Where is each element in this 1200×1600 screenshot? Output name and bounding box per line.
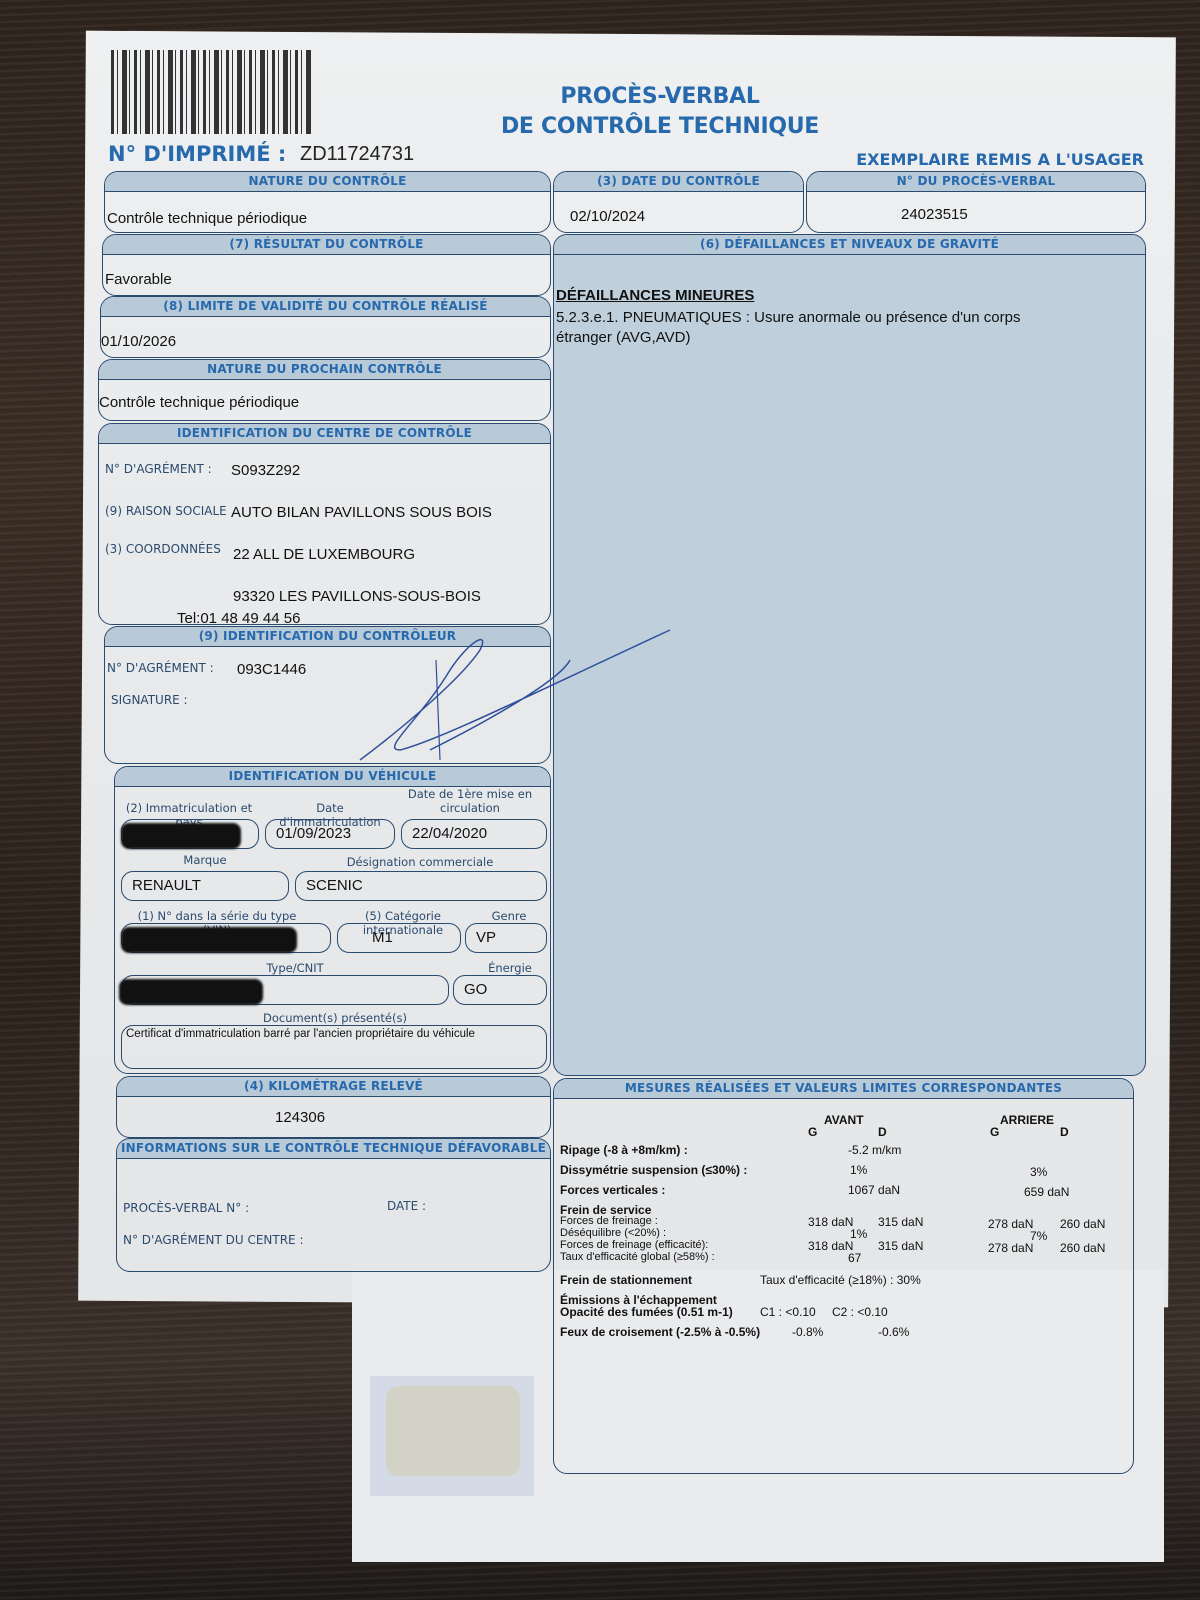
validity-value: 01/10/2026 — [101, 333, 176, 350]
date-immat-field: 01/09/2023 — [265, 819, 395, 849]
arriere-header: ARRIERE — [1000, 1113, 1054, 1127]
desequilibre-label: Déséquilibre (<20%) : — [560, 1227, 666, 1239]
dissymetrie-label: Dissymétrie suspension (≤30%) : — [560, 1163, 747, 1177]
defavorable-pv-label: PROCÈS-VERBAL N° : — [123, 1201, 249, 1215]
imprime-label: N° D'IMPRIMÉ : — [108, 142, 286, 166]
ripage-label: Ripage (-8 à +8m/km) : — [560, 1143, 688, 1157]
first-circulation-label: Date de 1ère mise en circulation — [405, 787, 535, 815]
designation-label: Désignation commerciale — [315, 855, 525, 869]
frein-stationnement-value: Taux d'efficacité (≥18%) : 30% — [760, 1273, 921, 1287]
validity-title: (8) LIMITE DE VALIDITÉ DU CONTRÔLE RÉALI… — [101, 297, 550, 317]
redaction-vin — [121, 927, 297, 953]
forces-freinage-ard: 260 daN — [1060, 1217, 1105, 1231]
mesures-title: MESURES RÉALISÉES ET VALEURS LIMITES COR… — [554, 1079, 1133, 1099]
centre-agrement-label: N° D'AGRÉMENT : — [105, 462, 212, 476]
forces-freinage-arg: 278 daN — [988, 1217, 1033, 1231]
defavorable-title: INFORMATIONS SUR LE CONTRÔLE TECHNIQUE D… — [117, 1139, 550, 1159]
defaillance-line-2: étranger (AVG,AVD) — [556, 329, 691, 346]
date-value: 02/10/2024 — [570, 208, 645, 225]
dissymetrie-arriere: 3% — [1030, 1165, 1047, 1179]
categorie-field: M1 — [337, 923, 461, 953]
barcode-icon — [111, 50, 311, 134]
cnit-label: Type/CNIT — [235, 961, 355, 975]
feux-croisement-g: -0.8% — [792, 1325, 823, 1339]
ripage-value: -5.2 m/km — [848, 1143, 901, 1157]
forces-freinage-avg: 318 daN — [808, 1215, 853, 1229]
next-control-value: Contrôle technique périodique — [99, 394, 299, 411]
mesures-box: MESURES RÉALISÉES ET VALEURS LIMITES COR… — [553, 1078, 1134, 1474]
arriere-d: D — [1060, 1125, 1069, 1139]
coordonnees-label: (3) COORDONNÉES — [105, 542, 221, 556]
document-title: PROCÈS-VERBAL DE CONTRÔLE TECHNIQUE — [480, 82, 840, 142]
km-value: 124306 — [275, 1109, 325, 1126]
forces-verticales-arriere: 659 daN — [1024, 1185, 1069, 1199]
defaillances-heading: DÉFAILLANCES MINEURES — [556, 287, 754, 304]
dissymetrie-avant: 1% — [850, 1163, 867, 1177]
avant-header: AVANT — [824, 1113, 864, 1127]
address-line-1: 22 ALL DE LUXEMBOURG — [233, 546, 415, 563]
controleur-agrement-value: 093C1446 — [237, 661, 306, 678]
defavorable-agrement-label: N° D'AGRÉMENT DU CENTRE : — [123, 1233, 304, 1247]
defaillance-line-1: 5.2.3.e.1. PNEUMATIQUES : Usure anormale… — [556, 309, 1020, 326]
centre-box: IDENTIFICATION DU CENTRE DE CONTRÔLE N° … — [98, 423, 551, 625]
title-line-2: DE CONTRÔLE TECHNIQUE — [480, 112, 840, 142]
vehicle-box: IDENTIFICATION DU VÉHICULE (2) Immatricu… — [114, 766, 551, 1074]
energie-label: Énergie — [475, 961, 545, 975]
avant-d: D — [878, 1125, 887, 1139]
designation-field: SCENIC — [295, 871, 547, 901]
redaction-cnit — [119, 979, 263, 1005]
marque-field: RENAULT — [121, 871, 289, 901]
title-line-1: PROCÈS-VERBAL — [480, 82, 840, 112]
forces-verticales-label: Forces verticales : — [560, 1183, 665, 1197]
nature-title: NATURE DU CONTRÔLE — [105, 172, 550, 192]
next-control-box: NATURE DU PROCHAIN CONTRÔLE Contrôle tec… — [98, 359, 551, 421]
raison-sociale-value: AUTO BILAN PAVILLONS SOUS BOIS — [231, 504, 492, 521]
centre-tel: Tel:01 48 49 44 56 — [177, 610, 300, 625]
frein-stationnement-label: Frein de stationnement — [560, 1273, 692, 1287]
pv-box: N° DU PROCÈS-VERBAL 24023515 — [806, 171, 1146, 233]
raison-sociale-label: (9) RAISON SOCIALE — [105, 504, 227, 518]
km-title: (4) KILOMÉTRAGE RELEVÉ — [117, 1077, 550, 1097]
centre-agrement-value: S093Z292 — [231, 462, 300, 479]
taux-global-label: Taux d'efficacité global (≥58%) : — [560, 1251, 715, 1263]
defavorable-date-label: DATE : — [387, 1199, 426, 1213]
forces-efficacite-ard: 260 daN — [1060, 1241, 1105, 1255]
result-box: (7) RÉSULTAT DU CONTRÔLE Favorable — [102, 234, 551, 296]
forces-efficacite-label: Forces de freinage (efficacité): — [560, 1239, 708, 1251]
forces-verticales-avant: 1067 daN — [848, 1183, 900, 1197]
pv-title: N° DU PROCÈS-VERBAL — [807, 172, 1145, 192]
forces-efficacite-avd: 315 daN — [878, 1239, 923, 1253]
documents-label: Document(s) présenté(s) — [255, 1011, 415, 1025]
date-box: (3) DATE DU CONTRÔLE 02/10/2024 — [553, 171, 804, 233]
defavorable-box: INFORMATIONS SUR LE CONTRÔLE TECHNIQUE D… — [116, 1138, 551, 1272]
forces-freinage-label: Forces de freinage : — [560, 1215, 658, 1227]
feux-croisement-label: Feux de croisement (-2.5% à -0.5%) — [560, 1325, 760, 1339]
genre-label: Genre — [479, 909, 539, 923]
forces-efficacite-avg: 318 daN — [808, 1239, 853, 1253]
defaillances-title: (6) DÉFAILLANCES ET NIVEAUX DE GRAVITÉ — [554, 235, 1145, 255]
opacite-c2: C2 : <0.10 — [832, 1305, 888, 1319]
centre-title: IDENTIFICATION DU CENTRE DE CONTRÔLE — [99, 424, 550, 444]
genre-field: VP — [465, 923, 547, 953]
first-circulation-field: 22/04/2020 — [401, 819, 547, 849]
opacite-c1: C1 : <0.10 — [760, 1305, 816, 1319]
next-control-title: NATURE DU PROCHAIN CONTRÔLE — [99, 360, 550, 380]
result-value: Favorable — [105, 271, 172, 288]
opacite-label: Opacité des fumées (0.51 m-1) — [560, 1305, 733, 1319]
copy-label: EXEMPLAIRE REMIS A L'USAGER — [856, 150, 1144, 169]
documents-field: Certificat d'immatriculation barré par l… — [121, 1025, 547, 1069]
address-line-2: 93320 LES PAVILLONS-SOUS-BOIS — [233, 588, 481, 605]
stamp-window-inner — [386, 1386, 520, 1476]
date-title: (3) DATE DU CONTRÔLE — [554, 172, 803, 192]
nature-value: Contrôle technique périodique — [107, 210, 307, 227]
result-title: (7) RÉSULTAT DU CONTRÔLE — [103, 235, 550, 255]
km-box: (4) KILOMÉTRAGE RELEVÉ 124306 — [116, 1076, 551, 1138]
marque-label: Marque — [155, 853, 255, 867]
validity-box: (8) LIMITE DE VALIDITÉ DU CONTRÔLE RÉALI… — [100, 296, 551, 358]
nature-box: NATURE DU CONTRÔLE Contrôle technique pé… — [104, 171, 551, 233]
redaction-immat — [121, 823, 241, 849]
imprime-value: ZD11724731 — [300, 143, 414, 166]
feux-croisement-d: -0.6% — [878, 1325, 909, 1339]
signature-icon — [340, 620, 700, 780]
arriere-g: G — [990, 1125, 999, 1139]
taux-global-value: 67 — [848, 1251, 861, 1265]
energie-field: GO — [453, 975, 547, 1005]
controleur-agrement-label: N° D'AGRÉMENT : — [107, 661, 214, 675]
pv-value: 24023515 — [901, 206, 968, 223]
signature-label: SIGNATURE : — [111, 693, 188, 707]
avant-g: G — [808, 1125, 817, 1139]
forces-freinage-avd: 315 daN — [878, 1215, 923, 1229]
forces-efficacite-arg: 278 daN — [988, 1241, 1033, 1255]
